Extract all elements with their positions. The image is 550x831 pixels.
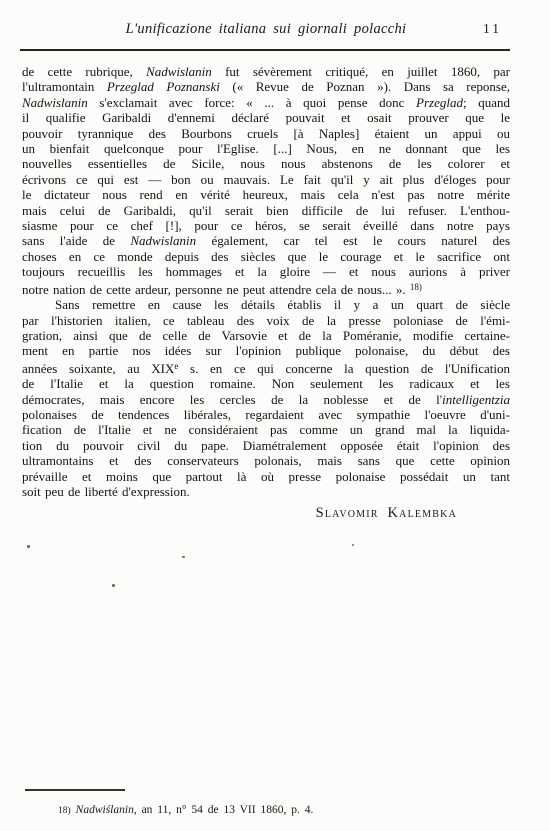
footnote-text: Nadwiślanin, an 11, n° 54 de 13 VII 1860… [76, 804, 314, 816]
text-line: l'ultramontain Przeglad Poznanski (« Rev… [22, 79, 510, 94]
text-line: de l'Italie et la question romaine. Non … [22, 376, 510, 391]
page-number: 11 [483, 21, 502, 37]
text-line: pouvoir tyrannique des Bourbons cruels [… [22, 126, 510, 141]
footnote-marker: 18) [58, 806, 71, 816]
text-line: écrivons ce qui est — bon ou mauvais. Le… [22, 172, 510, 187]
scan-speck [112, 584, 115, 587]
text-line: un bienfait quelconque pour l'Eglise. [.… [22, 141, 510, 156]
text-line: soit peu de liberté d'expression. [22, 484, 510, 499]
footnote: 18)Nadwiślanin, an 11, n° 54 de 13 VII 1… [58, 804, 313, 816]
scan-speck [27, 545, 30, 548]
page-body: de cette rubrique, Nadwislanin fut sévèr… [22, 64, 510, 522]
text-line: ment en partie nos idées sur l'opinion p… [22, 343, 510, 358]
text-line: fication de l'Italie et ne considéraient… [22, 422, 510, 437]
paragraph-conclusion: Sans remettre en cause les détails établ… [22, 297, 510, 499]
text-line: années soixante, au XIXe s. en ce qui co… [22, 359, 510, 376]
scanned-document-page: L'unificazione italiana sui giornali pol… [0, 0, 550, 831]
text-line: mais celui de Garibaldi, qu'il serait bi… [22, 203, 510, 218]
text-line: nouvelles essentielles de Sicile, nous n… [22, 156, 510, 171]
text-line: notre nation de cette ardeur, personne n… [22, 280, 510, 297]
text-line: il qualifie Garibaldi d'ennemi déclaré p… [22, 110, 510, 125]
scan-speck [352, 544, 354, 546]
text-line: choses en ce monde depuis des siècles qu… [22, 249, 510, 264]
scan-speck [182, 556, 185, 558]
paragraph-quote: de cette rubrique, Nadwislanin fut sévèr… [22, 64, 510, 297]
text-line: Sans remettre en cause les détails établ… [22, 297, 510, 312]
text-line: ultramontains et des conservateurs polon… [22, 453, 510, 468]
text-line: gration, ainsi que de celle de Varsovie … [22, 328, 510, 343]
text-line: tion du pouvoir civil du pape. Diamétral… [22, 438, 510, 453]
text-line: toujours recueillis les hommages et la g… [22, 264, 510, 279]
running-title: L'unificazione italiana sui giornali pol… [22, 21, 510, 38]
header-rule [20, 49, 510, 51]
text-line: polonaises de tendences libérales, regar… [22, 407, 510, 422]
text-line: de cette rubrique, Nadwislanin fut sévèr… [22, 64, 510, 79]
text-line: prévaille et moins que partout là où pre… [22, 469, 510, 484]
text-line: par l'historien italien, ce tableau des … [22, 313, 510, 328]
page-header: L'unificazione italiana sui giornali pol… [22, 0, 510, 45]
text-line: siasme pour ce chef [!], pour ce héros, … [22, 218, 510, 233]
text-line: sans l'aide de Nadwislanin également, ca… [22, 233, 510, 248]
text-line: démocrates, mais encore les cercles de l… [22, 392, 510, 407]
footnote-rule [25, 789, 125, 791]
text-line: le dictateur nous rend en vérité heureux… [22, 187, 510, 202]
author-byline: Slavomir Kalembka [22, 506, 510, 521]
text-line: Nadwislanin s'exclamait avec force: « ..… [22, 95, 510, 110]
